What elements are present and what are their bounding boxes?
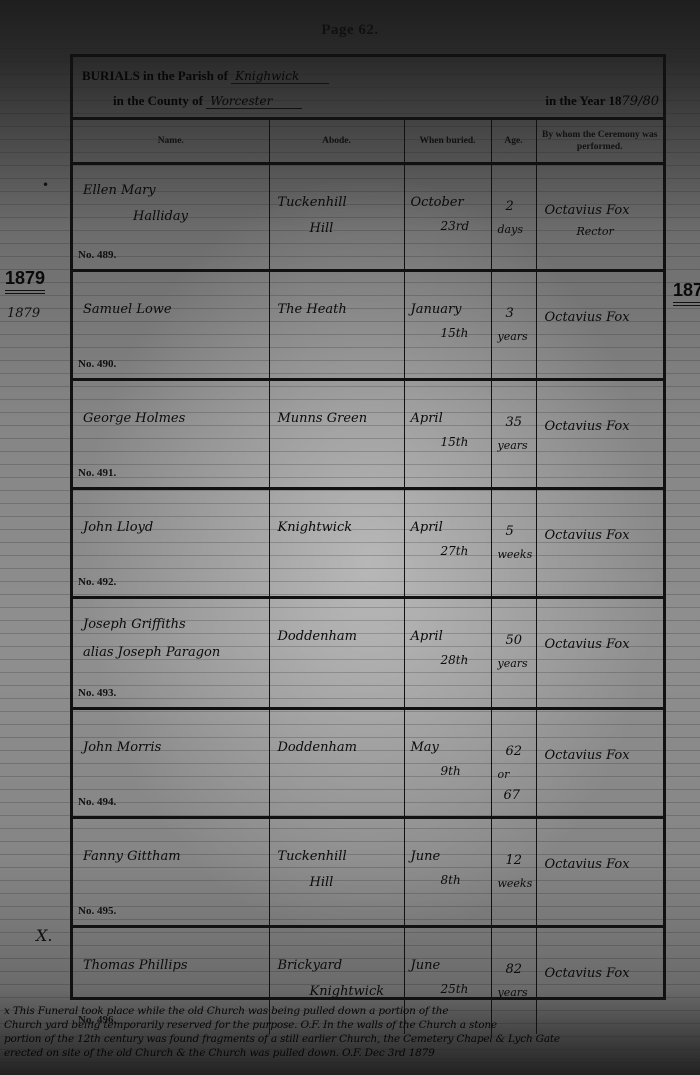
entry-burial-date-line: October (411, 195, 464, 210)
entry-burial-date-line: 15th (441, 435, 469, 449)
entry-age-cell: 62or67 (491, 709, 536, 818)
column-header-abode: Abode. (269, 120, 404, 164)
entry-age-cell: 2days (491, 164, 536, 271)
entry-name-cell: John LloydNo. 492. (73, 489, 269, 598)
margin-mark-496: X. (36, 926, 52, 945)
entry-age-cell: 50years (491, 598, 536, 709)
entry-name-line: Samuel Lowe (83, 302, 172, 317)
register-entry-row: Samuel LoweNo. 490.The HeathJanuary15th3… (73, 271, 663, 380)
entry-abode-line: Hill (310, 221, 334, 236)
column-header-row: Name. Abode. When buried. Age. By whom t… (73, 120, 663, 164)
entry-age-line: 5 (506, 524, 514, 539)
entry-age-cell: 3years (491, 271, 536, 380)
entry-officiant-cell: Octavius Fox (536, 271, 663, 380)
entry-age-line: weeks (498, 877, 533, 890)
entry-burial-date-line: April (411, 520, 443, 535)
entry-number: No. 495. (78, 905, 116, 917)
entry-abode-line: Knightwick (278, 520, 353, 535)
entry-age-cell: 5weeks (491, 489, 536, 598)
entry-name-line: George Holmes (83, 411, 185, 426)
entry-burial-date-line: January (411, 302, 462, 317)
entry-age-line: weeks (498, 548, 533, 561)
entry-when-buried-cell: June8th (404, 818, 491, 927)
column-header-when-buried: When buried. (404, 120, 491, 164)
entry-age-line: 35 (506, 415, 523, 430)
right-margin-year: 187 (673, 280, 700, 306)
entry-burial-date-line: April (411, 411, 443, 426)
entry-officiant-cell: Octavius Fox (536, 818, 663, 927)
entry-age-line: 3 (506, 306, 514, 321)
entry-abode-line: Doddenham (278, 629, 357, 644)
register-heading: BURIALS in the Parish of Knighwick in th… (78, 63, 663, 117)
entry-abode-cell: Doddenham (269, 709, 404, 818)
entry-abode-line: The Heath (278, 302, 347, 317)
entry-name-cell: John MorrisNo. 494. (73, 709, 269, 818)
entry-officiant-cell: Octavius Fox (536, 598, 663, 709)
entry-age-line: years (498, 330, 528, 343)
entry-number: No. 489. (78, 249, 116, 261)
entry-abode-line: Brickyard (278, 958, 343, 973)
entry-age-line: 50 (506, 633, 523, 648)
entry-burial-date-line: April (411, 629, 443, 644)
entry-age-line: years (498, 986, 528, 999)
register-entry-row: Ellen MaryHallidayNo. 489.TuckenhillHill… (73, 164, 663, 271)
entry-officiant-line: Octavius Fox (545, 748, 630, 763)
entry-age-line: 82 (506, 962, 523, 977)
entry-burial-date-line: June (411, 849, 441, 864)
entry-name-line: Fanny Gittham (83, 849, 181, 864)
burial-table: Name. Abode. When buried. Age. By whom t… (73, 120, 663, 1034)
entry-officiant-line: Octavius Fox (545, 419, 630, 434)
entry-age-line: 67 (504, 788, 521, 803)
entry-name-cell: Joseph Griffithsalias Joseph ParagonNo. … (73, 598, 269, 709)
parish-name: Knighwick (231, 69, 329, 84)
entry-name-line: John Lloyd (83, 520, 153, 535)
entry-abode-line: Munns Green (278, 411, 368, 426)
entry-officiant-cell: Octavius Fox (536, 489, 663, 598)
entry-name-line: John Morris (83, 740, 161, 755)
entry-abode-line: Tuckenhill (278, 195, 347, 210)
footnote-line: portion of the 12th century was found fr… (4, 1032, 698, 1046)
entry-name-cell: George HolmesNo. 491. (73, 380, 269, 489)
entry-number: No. 492. (78, 576, 116, 588)
burial-register: BURIALS in the Parish of Knighwick in th… (70, 54, 666, 1000)
entry-abode-cell: Munns Green (269, 380, 404, 489)
left-margin-year: 1879 (5, 268, 45, 294)
entry-officiant-line: Rector (577, 225, 614, 238)
county-name: Worcester (206, 94, 302, 109)
entry-officiant-cell: Octavius FoxRector (536, 164, 663, 271)
entry-abode-cell: TuckenhillHill (269, 164, 404, 271)
entry-burial-date-line: 23rd (441, 219, 470, 233)
entry-age-line: 2 (506, 199, 514, 214)
entry-burial-date-line: 25th (441, 982, 469, 996)
entry-abode-cell: TuckenhillHill (269, 818, 404, 927)
entry-name-line: Joseph Griffiths (83, 617, 186, 632)
entry-when-buried-cell: January15th (404, 271, 491, 380)
column-header-name: Name. (73, 120, 269, 164)
entry-number: No. 490. (78, 358, 116, 370)
entry-age-line: or (498, 768, 510, 781)
entry-name-cell: Ellen MaryHallidayNo. 489. (73, 164, 269, 271)
entry-when-buried-cell: April27th (404, 489, 491, 598)
entry-officiant-cell: Octavius Fox (536, 709, 663, 818)
heading-prefix: BURIALS in the Parish of (82, 68, 228, 83)
entry-when-buried-cell: May9th (404, 709, 491, 818)
entry-name-line: Thomas Phillips (83, 958, 188, 973)
entry-age-line: years (498, 657, 528, 670)
entry-number: No. 494. (78, 796, 116, 808)
entry-name-line: Halliday (133, 209, 188, 224)
entry-abode-line: Doddenham (278, 740, 357, 755)
footnote-line: erected on site of the old Church & the … (4, 1046, 698, 1060)
entry-officiant-line: Octavius Fox (545, 310, 630, 325)
footnote-line: Church yard being temporarily reserved f… (4, 1018, 698, 1032)
entry-burial-date-line: 15th (441, 326, 469, 340)
register-entry-row: George HolmesNo. 491.Munns GreenApril15t… (73, 380, 663, 489)
county-prefix: in the County of (113, 93, 203, 108)
register-entry-row: Joseph Griffithsalias Joseph ParagonNo. … (73, 598, 663, 709)
entry-abode-line: Tuckenhill (278, 849, 347, 864)
entry-officiant-line: Octavius Fox (545, 966, 630, 981)
footnote-line: x This Funeral took place while the old … (4, 1004, 698, 1018)
entry-burial-date-line: June (411, 958, 441, 973)
page-number: Page 62. (0, 22, 700, 39)
entry-age-cell: 12weeks (491, 818, 536, 927)
column-header-officiant: By whom the Ceremony was performed. (536, 120, 663, 164)
entry-abode-cell: The Heath (269, 271, 404, 380)
entry-when-buried-cell: April15th (404, 380, 491, 489)
entry-officiant-line: Octavius Fox (545, 203, 630, 218)
entry-abode-cell: Doddenham (269, 598, 404, 709)
column-header-age: Age. (491, 120, 536, 164)
register-page-scan: Page 62. 1879 1879 187 • X. BURIALS in t… (0, 0, 700, 1075)
entry-name-line: alias Joseph Paragon (83, 645, 220, 660)
entry-number: No. 493. (78, 687, 116, 699)
register-entry-row: John LloydNo. 492.KnightwickApril27th5we… (73, 489, 663, 598)
margin-mark-489: • (42, 178, 49, 192)
register-entry-row: John MorrisNo. 494.DoddenhamMay9th62or67… (73, 709, 663, 818)
left-margin-year-handwritten: 1879 (7, 306, 40, 321)
entry-name-line: Ellen Mary (83, 183, 156, 198)
entry-age-line: 62 (506, 744, 523, 759)
entry-burial-date-line: 27th (441, 544, 469, 558)
year-suffix: 79/80 (622, 94, 659, 109)
entry-burial-date-line: 8th (441, 873, 461, 887)
entry-abode-line: Hill (310, 875, 334, 890)
entry-abode-line: Knightwick (310, 984, 385, 999)
entry-officiant-cell: Octavius Fox (536, 380, 663, 489)
entry-burial-date-line: May (411, 740, 439, 755)
entry-age-line: days (498, 223, 523, 236)
entry-burial-date-line: 9th (441, 764, 461, 778)
register-entry-row: Fanny GitthamNo. 495.TuckenhillHillJune8… (73, 818, 663, 927)
entry-when-buried-cell: October23rd (404, 164, 491, 271)
entry-officiant-line: Octavius Fox (545, 637, 630, 652)
entry-abode-cell: Knightwick (269, 489, 404, 598)
entry-officiant-line: Octavius Fox (545, 528, 630, 543)
entry-age-cell: 35years (491, 380, 536, 489)
entry-age-line: 12 (506, 853, 523, 868)
entry-name-cell: Samuel LoweNo. 490. (73, 271, 269, 380)
entry-officiant-line: Octavius Fox (545, 857, 630, 872)
entry-number: No. 491. (78, 467, 116, 479)
entry-when-buried-cell: April28th (404, 598, 491, 709)
entry-age-line: years (498, 439, 528, 452)
footnote: x This Funeral took place while the old … (4, 1004, 698, 1060)
entry-name-cell: Fanny GitthamNo. 495. (73, 818, 269, 927)
entry-burial-date-line: 28th (441, 653, 469, 667)
year-prefix: in the Year 18 (545, 93, 621, 108)
